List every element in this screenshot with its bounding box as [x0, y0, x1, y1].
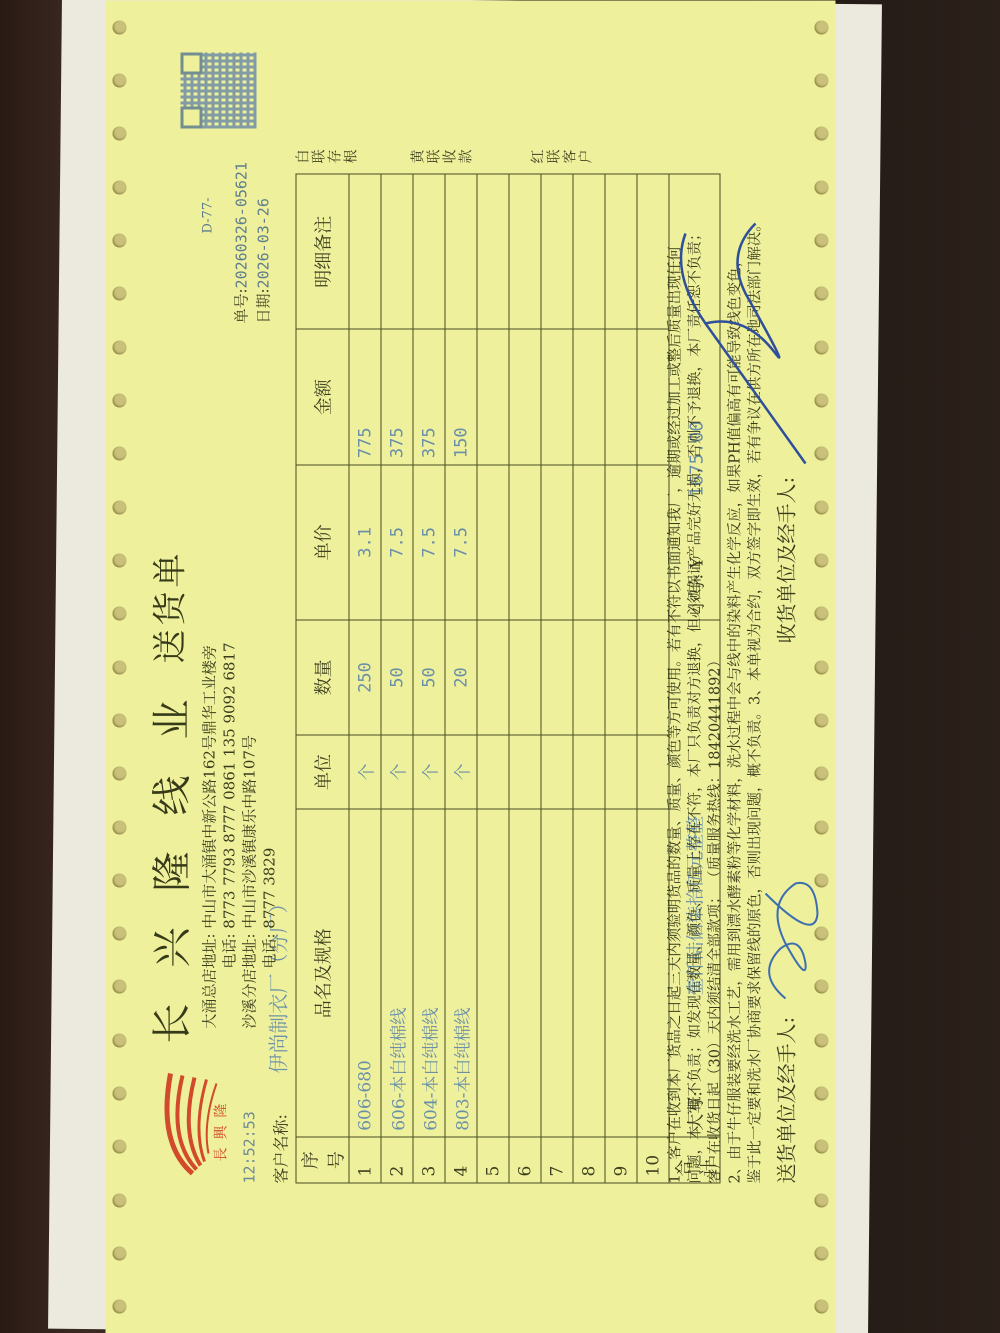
handwritten-code: D-77- [201, 197, 216, 233]
print-time: 12:52:53 [241, 1111, 259, 1183]
header-seq: 序号 [296, 1137, 349, 1183]
customer-label: 客户名称: [269, 1114, 292, 1183]
copy-white-stub: 白联存根 [296, 145, 360, 163]
table-row: 10 [637, 174, 669, 1183]
bill-number: 单号:20260326-05621 [231, 162, 252, 324]
header-price: 单价 [296, 464, 349, 619]
header-amount: 金额 [296, 329, 349, 464]
table-row: 7 [541, 174, 573, 1183]
hq-phone: 电话: 8773 7793 8777 0861 135 9092 6817 [219, 642, 240, 1043]
hq-address: 大涌总店地址: 中山市大涌镇中新公路162号鼎华工业楼旁 [199, 645, 220, 1043]
table-row: 3 604-本白纯棉线 个 50 7.5 375 [413, 174, 445, 1183]
branch-address: 沙溪分店地址: 中山市沙溪镇康乐中路107号 [239, 735, 260, 1043]
receiver-signature-label: 收货单位及经手人: [771, 476, 800, 643]
copy-red-customer: 红联客户 [531, 145, 595, 163]
delivery-note-photo: 長興隆 12:52:53 客户名称: 伊尚制衣厂（分厂） 长兴隆线业 送货单 大… [100, 0, 840, 1333]
header-qty: 数量 [296, 620, 349, 735]
copy-labels: 白联存根 黄联收款 红联客户 [296, 123, 676, 163]
perforation-bottom [808, 0, 836, 1333]
sender-signature-label: 送货单位及经手人: [771, 1016, 800, 1183]
copy-yellow-payment: 黄联收款 [411, 145, 475, 163]
table-row: 1 606-680 个 250 3.1 775 [349, 174, 381, 1183]
table-header-row: 序号 品名及规格 单位 数量 单价 金额 明细备注 [296, 174, 349, 1183]
table-row: 5 [477, 174, 509, 1183]
table-row: 9 [605, 174, 637, 1183]
branch-phone: 电话: 8777 3829 [259, 847, 280, 1043]
items-table: 序号 品名及规格 单位 数量 单价 金额 明细备注 1 606-680 个 25… [296, 173, 721, 1183]
note-header: 長興隆 12:52:53 客户名称: 伊尚制衣厂（分厂） 长兴隆线业 送货单 大… [141, 40, 291, 1183]
table-row: 2 606-本白纯棉线 个 50 7.5 375 [381, 174, 413, 1183]
table-row: 6 [509, 174, 541, 1183]
logo-text: 長興隆 [211, 1095, 231, 1161]
header-unit: 单位 [296, 734, 349, 808]
brand-name: 长兴隆线业 [141, 663, 198, 1043]
header-remark: 明细备注 [296, 174, 349, 330]
bill-date: 日期:2026-03-26 [253, 198, 274, 323]
document-title: 送货单 [143, 549, 192, 663]
header-name: 品名及规格 [296, 809, 349, 1137]
delivery-note: 長興隆 12:52:53 客户名称: 伊尚制衣厂（分厂） 长兴隆线业 送货单 大… [106, 0, 836, 1333]
table-row: 4 803-本白纯棉线 个 20 7.5 150 [445, 174, 477, 1183]
qr-code-icon [181, 52, 257, 128]
table-row: 8 [573, 174, 605, 1183]
perforation-top [106, 0, 134, 1333]
terms-and-conditions: 1、客户在收到本厂货品之日起三天内须验明货品的数量、质量、颜色等方可使用。若有不… [666, 163, 766, 1183]
